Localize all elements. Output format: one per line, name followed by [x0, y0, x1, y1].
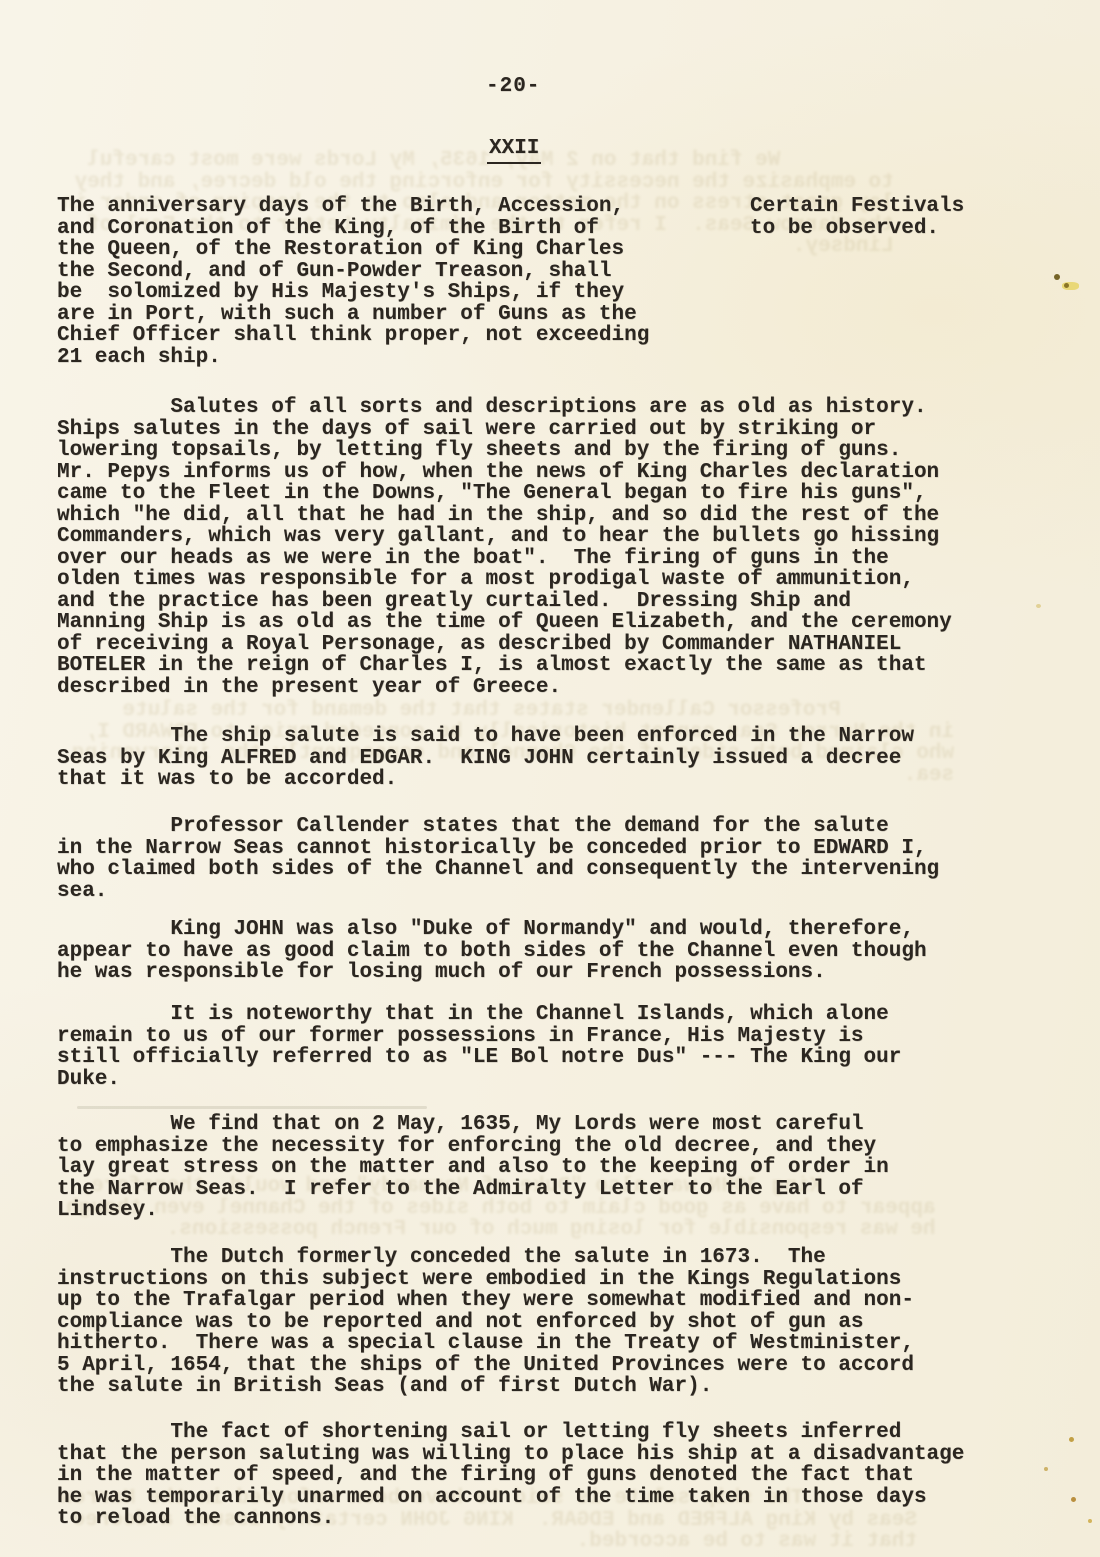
document-page: We find that on 2 May, 1635, My Lords we…: [0, 0, 1100, 1557]
paragraph-admiralty-letter: We find that on 2 May, 1635, My Lords we…: [57, 1114, 889, 1222]
paper-speck: [1071, 1497, 1076, 1502]
paragraph-king-john: King JOHN was also "Duke of Normandy" an…: [57, 919, 927, 984]
section-heading-text: XXII: [487, 138, 541, 164]
paragraph-ship-salute-narrow-seas: The ship salute is said to have been enf…: [57, 726, 914, 791]
paragraph-channel-islands: It is noteworthy that in the Channel Isl…: [57, 1004, 901, 1090]
paragraph-dutch-salute: The Dutch formerly conceded the salute i…: [57, 1247, 914, 1398]
paper-speck: [1088, 1519, 1092, 1523]
paragraph-shortening-sail: The fact of shortening sail or letting f…: [57, 1422, 964, 1530]
paper-speck: [1069, 1437, 1074, 1442]
paper-speck: [1062, 282, 1079, 290]
paragraph-professor-callender: Professor Callender states that the dema…: [57, 816, 939, 902]
paper-speck: [1054, 274, 1060, 280]
paragraph-regulation-quote: The anniversary days of the Birth, Acces…: [57, 196, 649, 368]
paragraph-salutes-history: Salutes of all sorts and descriptions ar…: [57, 397, 952, 698]
paper-smudge: [77, 1106, 427, 1109]
section-heading: XXII: [487, 138, 541, 164]
page-number: -20-: [486, 76, 540, 98]
paper-speck: [1036, 604, 1041, 608]
paper-speck: [1044, 1467, 1048, 1471]
marginal-note: Certain Festivals to be observed.: [750, 196, 964, 239]
